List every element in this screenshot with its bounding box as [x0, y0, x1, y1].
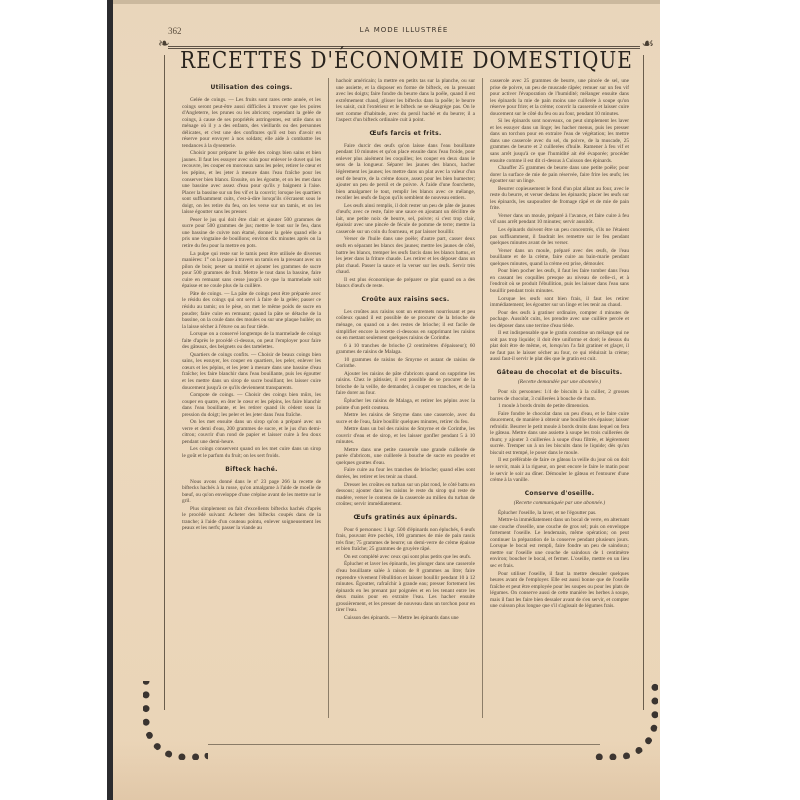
body-paragraph: Compote de coings. — Choisir des coings … [182, 392, 321, 418]
body-paragraph: 10 grammes de raisins de Smyrne et autan… [336, 357, 475, 370]
page-header: 362 LA MODE ILLUSTRÉE ❧ ☙ [168, 22, 640, 44]
body-paragraph: Éplucher l'oseille, la laver, et ne l'ég… [490, 510, 629, 517]
body-paragraph: Mettre dans un bol des raisins de Smyrne… [336, 426, 475, 446]
frame-left-rule [164, 55, 165, 710]
section-heading: Œufs gratinés aux épinards. [336, 514, 475, 521]
body-paragraph: Pour six personnes: 1/4 de biscuits à la… [490, 389, 629, 402]
body-paragraph: Verser dans un moule, préparé avec des œ… [490, 248, 629, 268]
body-paragraph: Pour des œufs à gratiner ordinaire, comp… [490, 310, 629, 330]
column-1: Utilisation des coings.Gelée de coings. … [175, 78, 328, 718]
body-paragraph: Choisir pour préparer la gelée des coing… [182, 150, 321, 215]
body-paragraph: Les œufs ainsi remplis, il doit rester u… [336, 203, 475, 236]
article-columns: Utilisation des coings.Gelée de coings. … [175, 78, 636, 718]
body-paragraph: Mettre-la immédiatement dans un bocal de… [490, 517, 629, 569]
body-paragraph: Pour bien pocher les œufs, il faut les f… [490, 268, 629, 294]
body-paragraph: Peser le jus qui doit être clair et ajou… [182, 217, 321, 250]
ornament-right-icon: ☙ [641, 36, 654, 53]
body-paragraph: Faire durcir des œufs qu'on laisse dans … [336, 143, 475, 202]
ornament-left-icon: ❧ [158, 36, 170, 53]
body-paragraph: Mettre dans une petite casserole une gra… [336, 447, 475, 467]
section-heading: Œufs farcis et frits. [336, 130, 475, 137]
body-paragraph: Chauffer 25 grammes de beurre dans une p… [490, 165, 629, 185]
body-paragraph: Il est préférable de faire ce gâteau la … [490, 457, 629, 483]
section-subtitle: (Recette communiquée par une abonnée.) [490, 500, 629, 506]
body-paragraph: Verser dans un moule, préparé à l'avance… [490, 213, 629, 226]
body-paragraph: Quartiers de coings confits. — Choisir d… [182, 352, 321, 391]
body-paragraph: 6 à 10 tranches de brioche (2 centimètre… [336, 343, 475, 356]
body-paragraph: Pour utiliser l'oseille, il faut la mett… [490, 571, 629, 610]
body-paragraph: Beurrer copieusement le fond d'un plat a… [490, 186, 629, 212]
section-heading: Gâteau de chocolat et de biscuits. [490, 369, 629, 376]
body-paragraph: La pulpe qui reste sur le tamis peut êtr… [182, 251, 321, 290]
frame-right-rule [643, 55, 644, 710]
body-paragraph: Faire cuire au four les tranches de brio… [336, 467, 475, 480]
body-paragraph: Mettre les raisins de Smyrne dans une ca… [336, 412, 475, 425]
body-paragraph: casserole avec 25 grammes de beurre, une… [490, 78, 629, 117]
body-paragraph: Éplucher les raisins de Malaga, et retir… [336, 398, 475, 411]
section-subtitle: (Recette demandée par une abonnée.) [490, 379, 629, 385]
body-paragraph: Lorsque on a conservé longtemps de la ma… [182, 331, 321, 351]
page-bottom-shading [113, 740, 660, 800]
body-paragraph: Dresser les croûtes en turban sur un pla… [336, 482, 475, 508]
body-paragraph: Plus simplement on fait d'excellents bif… [182, 506, 321, 532]
body-paragraph: Nous avons donné dans le nº 23 page 266 … [182, 479, 321, 505]
section-heading: Croûte aux raisins secs. [336, 296, 475, 303]
body-paragraph: Éplucher et laver les épinards, les plon… [336, 561, 475, 613]
section-heading: Bifteck haché. [182, 466, 321, 473]
section-heading: Conserve d'oseille. [490, 490, 629, 497]
body-paragraph: Faire fondre le chocolat dans un peu d'e… [490, 411, 629, 457]
body-paragraph: Les coings conservent quand on les met c… [182, 446, 321, 459]
body-paragraph: On est complété avec ceux qui sont plus … [336, 554, 475, 561]
column-2: hachoir américain; la mettre en petits t… [328, 78, 482, 718]
column-3: casserole avec 25 grammes de beurre, une… [482, 78, 636, 718]
body-paragraph: Les croûtes aux raisins sont un entremet… [336, 309, 475, 342]
top-edge-strip [113, 0, 660, 4]
section-heading: Utilisation des coings. [182, 84, 321, 91]
body-paragraph: Les épinards doivent être un peu concent… [490, 227, 629, 247]
body-paragraph: Lorsque les œufs sont bien frais, il fau… [490, 296, 629, 309]
body-paragraph: Gelée de coings. — Les fruits sont rares… [182, 97, 321, 149]
body-paragraph: On les met ensuite dans un sirop qu'on a… [182, 419, 321, 445]
magazine-page: 362 LA MODE ILLUSTRÉE ❧ ☙ RECETTES D'ÉCO… [107, 0, 660, 800]
body-paragraph: Pour 6 personnes: 1 kgr. 500 d'épinards … [336, 527, 475, 553]
running-title: LA MODE ILLUSTRÉE [168, 26, 640, 34]
body-paragraph: Verser de l'huile dans une poêle; d'autr… [336, 236, 475, 275]
body-paragraph: 1 moule à bords droits de petite dimensi… [490, 403, 629, 410]
body-paragraph: Ajouter les raisins de pâte d'abricots q… [336, 371, 475, 397]
body-paragraph: Il est plus économique de préparer ce pl… [336, 277, 475, 290]
body-paragraph: Pâte de coings. — La pâte de coings peut… [182, 291, 321, 330]
body-paragraph: Cuisson des épinards. — Mettre les épina… [336, 615, 475, 622]
body-paragraph: hachoir américain; la mettre en petits t… [336, 78, 475, 124]
page-title: RECETTES D'ÉCONOMIE DOMESTIQUE [173, 46, 640, 74]
body-paragraph: Il est indispensable que le gratin const… [490, 330, 629, 363]
body-paragraph: Si les épinards sont nouveaux, on peut s… [490, 118, 629, 164]
